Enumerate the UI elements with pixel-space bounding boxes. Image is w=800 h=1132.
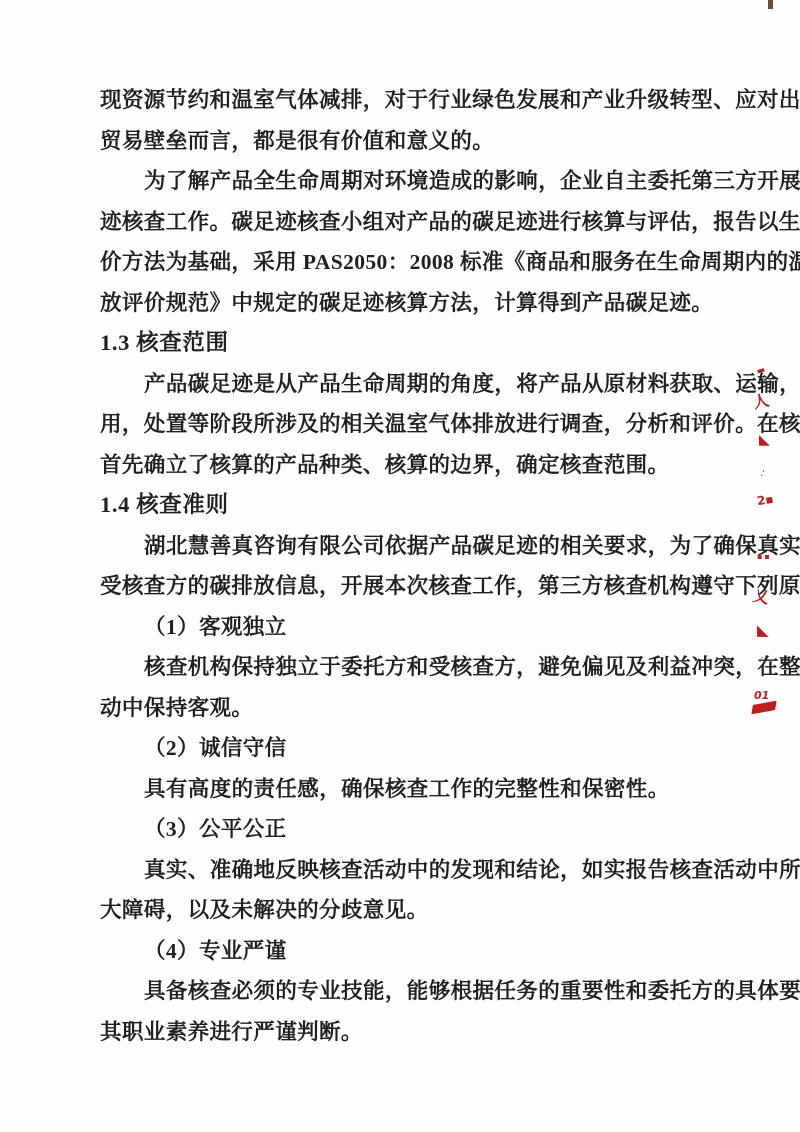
text-line: 受核查方的碳排放信息，开展本次核查工作，第三方核查机构遵守下列原则：: [100, 566, 724, 607]
text-line: 产品碳足迹是从产品生命周期的角度，将产品从原材料获取、运输，生产，使: [100, 364, 724, 405]
text-line: 其职业素养进行严谨判断。: [100, 1012, 724, 1053]
seal-fragment-icon: ▪▪: [757, 553, 772, 561]
text-line: 贸易壁垒而言，都是很有价值和意义的。: [100, 121, 724, 162]
seal-fragment-icon: ◣: [759, 433, 770, 447]
scanned-document-page: 现资源节约和温室气体减排，对于行业绿色发展和产业升级转型、应对出口潜在的 贸易壁…: [0, 0, 800, 1132]
text-line: 真实、准确地反映核查活动中的发现和结论，如实报告核查活动中所遇到的重: [100, 850, 724, 891]
text-line: 迹核查工作。碳足迹核查小组对产品的碳足迹进行核算与评估，报告以生命周期评: [100, 202, 724, 243]
text-line: 具有高度的责任感，确保核查工作的完整性和保密性。: [100, 769, 724, 810]
text-line: 湖北慧善真咨询有限公司依据产品碳足迹的相关要求，为了确保真实公正获取: [100, 526, 724, 567]
seal-fragment-icon: 01: [754, 690, 769, 701]
text-line: 首先确立了核算的产品种类、核算的边界，确定核查范围。: [100, 445, 724, 486]
text-line: 为了解产品全生命周期对环境造成的影响，企业自主委托第三方开展产品碳足: [100, 161, 724, 202]
text-line: 核查机构保持独立于委托方和受核查方，避免偏见及利益冲突，在整个核查活: [100, 647, 724, 688]
list-item-1-label: （1）客观独立: [100, 607, 724, 648]
seal-fragment-icon: 乂: [752, 588, 771, 607]
list-item-3-label: （3）公平公正: [100, 809, 724, 850]
scan-artifact-mark: [768, 0, 773, 9]
text-line: 动中保持客观。: [100, 688, 724, 729]
text-line: 用，处置等阶段所涉及的相关温室气体排放进行调查，分析和评价。在核算过程中，: [100, 404, 724, 445]
text-line: 具备核查必须的专业技能，能够根据任务的重要性和委托方的具体要求，利用: [100, 971, 724, 1012]
seal-fragment-icon: ∶: [759, 468, 766, 479]
seal-fragment-icon: 人: [752, 393, 771, 412]
section-heading-1-4: 1.4 核查准则: [100, 485, 724, 526]
seal-fragment-icon: ∴: [759, 656, 765, 666]
seal-fragment-icon: [751, 701, 776, 715]
section-heading-1-3: 1.3 核查范围: [100, 323, 724, 364]
document-text-block: 现资源节约和温室气体减排，对于行业绿色发展和产业升级转型、应对出口潜在的 贸易壁…: [100, 80, 724, 1052]
text-line: 价方法为基础，采用 PAS2050：2008 标准《商品和服务在生命周期内的温室…: [100, 242, 724, 283]
seal-fragment-icon: 2▪: [756, 493, 774, 507]
text-line: 放评价规范》中规定的碳足迹核算方法，计算得到产品碳足迹。: [100, 283, 724, 324]
text-line: 大障碍，以及未解决的分歧意见。: [100, 890, 724, 931]
list-item-2-label: （2）诚信守信: [100, 728, 724, 769]
list-item-4-label: （4）专业严谨: [100, 931, 724, 972]
text-line: 现资源节约和温室气体减排，对于行业绿色发展和产业升级转型、应对出口潜在的: [100, 80, 724, 121]
seal-fragment-icon: ◣: [757, 623, 769, 638]
